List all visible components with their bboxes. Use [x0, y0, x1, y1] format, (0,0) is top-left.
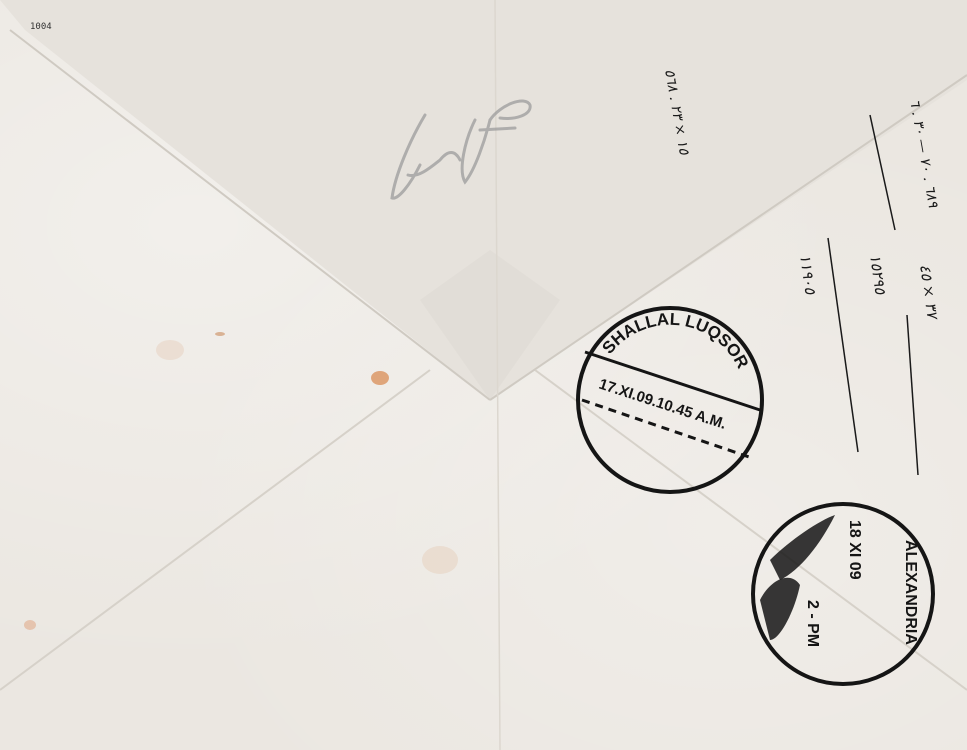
- svg-text:٣٧ × ٤٥: ٣٧ × ٤٥: [916, 263, 942, 322]
- postmark-alexandria: 18 XI 09 2 - PM ALEXANDRIA: [753, 504, 933, 684]
- envelope-flaps: SHALLAL LUQSOR 17.XI.09.10.45 A.M. 18 XI…: [0, 0, 967, 750]
- envelope-back: SHALLAL LUQSOR 17.XI.09.10.45 A.M. 18 XI…: [0, 0, 967, 750]
- postmark-time: 2 - PM: [804, 600, 821, 647]
- postmark-office: SHALLAL LUQSOR: [598, 310, 752, 372]
- svg-text:١٥٢٩٥: ١٥٢٩٥: [866, 253, 890, 296]
- reference-number: 1004: [30, 22, 52, 32]
- postmark-office: ALEXANDRIA: [902, 540, 919, 645]
- postmark-date: 18 XI 09: [846, 520, 863, 580]
- svg-text:١١٩٠٥: ١١٩٠٥: [796, 253, 820, 296]
- svg-text:٦٨٩ . ٧٠ — ٣٠ . ٦: ٦٨٩ . ٧٠ — ٣٠ . ٦: [906, 98, 941, 209]
- postmark-date: 17.XI.09.10.45 A.M.: [597, 376, 729, 433]
- postmark-shallal-luqsor: SHALLAL LUQSOR 17.XI.09.10.45 A.M.: [578, 308, 762, 492]
- stain: [371, 371, 389, 385]
